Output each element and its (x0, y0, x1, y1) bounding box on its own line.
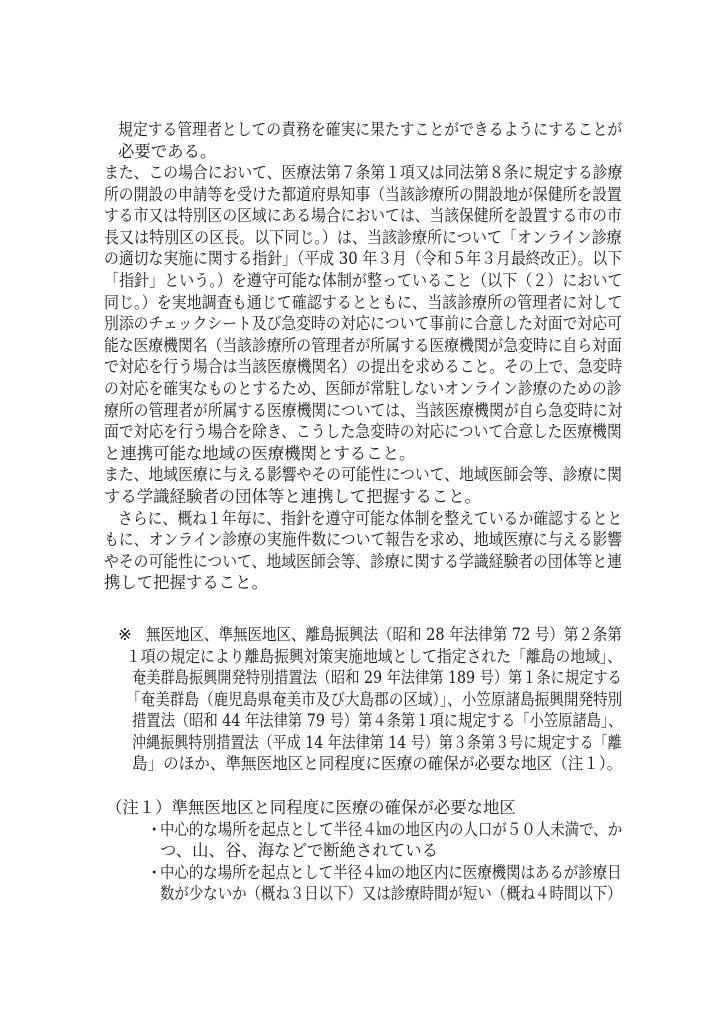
text-line: 中心的な場所を起点として半径４㎞の地区内の人口が５０人未満で、か (160, 819, 622, 841)
text-line: もに、オンライン診療の実施件数について報告を求め、地域医療に与える影響 (104, 529, 622, 551)
text-line: 数が少ないか（概ね３日以下）又は診療時間が短い（概ね４時間以下） (160, 883, 622, 905)
text-line: 所の開設の申請等を受けた都道府県知事（当該診療所の開設地が保健所を設置 (104, 184, 622, 206)
text-line: 島」のほか、準無医地区と同程度に医療の確保が必要な地区（注１）。 (132, 753, 622, 775)
text-line: 能な医療機関名（当該診療所の管理者が所属する医療機関が急変時に自ら対面 (104, 335, 622, 357)
text-line: 措置法（昭和 44 年法律第 79 号）第４条第１項に規定する「小笠原諸島」、 (132, 710, 622, 732)
reference-mark-icon: ※ (118, 624, 132, 646)
text-line: 同じ。）を実地調査も通じて確認するとともに、当該診療所の管理者に対して (104, 292, 622, 314)
text-line: 長又は特別区の区長。以下同じ。）は、当該診療所について「オンライン診療 (104, 227, 622, 249)
text-line: と連携可能な地域の医療機関とすること。 (104, 443, 415, 465)
text-line: の適切な実施に関する指針」（平成 30 年３月（令和５年３月最終改正）。以下 (104, 248, 622, 270)
text-line: する学識経験者の団体等と連携して把握すること。 (104, 486, 481, 508)
text-line: やその可能性について、地域医師会等、診療に関する学識経験者の団体等と連 (104, 551, 622, 573)
note-heading: （注１）準無医地区と同程度に医療の確保が必要な地区 (106, 797, 516, 819)
text-line: する市又は特別区の区域にある場合においては、当該保健所を設置する市の市 (104, 205, 622, 227)
text-line: １項の規定により離島振興対策実施地域として指定された「離島の地域」、 (126, 646, 622, 668)
text-line: 必要である。 (118, 141, 216, 163)
text-line: 無医地区、準無医地区、離島振興法（昭和 28 年法律第 72 号）第２条第 (146, 624, 622, 646)
text-line: 規定する管理者としての責務を確実に果たすことができるようにすることが (118, 119, 622, 141)
text-line: の対応を確実なものとするため、医師が常駐しないオンライン診療のための診 (104, 378, 622, 400)
text-line: 「指針」という。）を遵守可能な体制が整っていること（以下（２）において (104, 270, 622, 292)
text-line: また、地域医療に与える影響やその可能性について、地域医師会等、診療に関 (104, 464, 622, 486)
text-line: 中心的な場所を起点として半径４㎞の地区内に医療機関はあるが診療日 (160, 862, 622, 884)
text-line: 携して把握すること。 (104, 572, 268, 594)
text-line: また、この場合において、医療法第７条第１項又は同法第８条に規定する診療 (104, 162, 622, 184)
text-line: つ、山、谷、海などで断絶されている (160, 840, 438, 862)
text-line: 面で対応を行う場合を除き、こうした急変時の対応について合意した医療機関 (104, 421, 622, 443)
text-line: さらに、概ね１年毎に、指針を遵守可能な体制を整えているか確認するとと (118, 508, 622, 530)
text-line: 奄美群島振興開発特別措置法（昭和 29 年法律第 189 号）第１条に規定する (132, 667, 622, 689)
text-line: 療所の管理者が所属する医療機関については、当該医療機関が自ら急変時に対 (104, 400, 622, 422)
text-line: 別添のチェックシート及び急変時の対応について事前に合意した対面で対応可 (104, 313, 622, 335)
text-line: 「奄美群島（鹿児島県奄美市及び大島郡の区域）」、小笠原諸島振興開発特別 (126, 689, 622, 711)
document-page: 規定する管理者としての責務を確実に果たすことができるようにすることが 必要である… (0, 0, 724, 1024)
text-line: で対応を行う場合は当該医療機関名）の提出を求めること。その上で、急変時 (104, 356, 622, 378)
text-line: 沖縄振興特別措置法（平成 14 年法律第 14 号）第３条第３号に規定する「離 (132, 732, 622, 754)
